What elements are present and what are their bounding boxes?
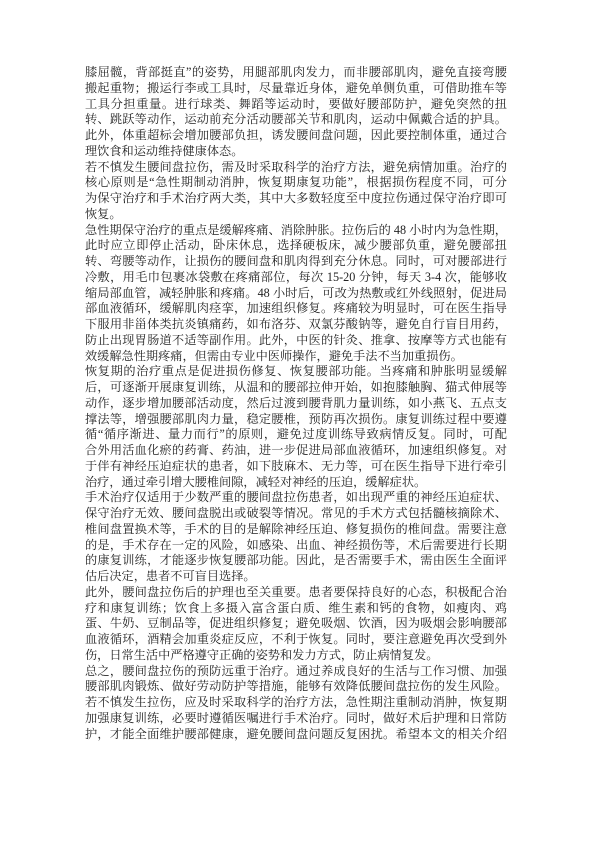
text-line: 部血液循环，缓解肌肉痉挛，加速组织修复。疼痛较为明显时，可在医生指导 — [85, 301, 507, 317]
text-line: 若不慎发生腰间盘拉伤，需及时采取科学的治疗方法，避免病情加重。治疗的 — [85, 160, 507, 176]
text-line: 急性期保守治疗的重点是缓解疼痛、消除肿胀。拉伤后的 48 小时内为急性期， — [85, 223, 507, 239]
paragraph: 急性期保守治疗的重点是缓解疼痛、消除肿胀。拉伤后的 48 小时内为急性期，此时应… — [85, 223, 507, 365]
text-line: 此时应立即停止活动，卧床休息，选择硬板床，减少腰部负重，避免腰部扭 — [85, 238, 507, 254]
text-line: 估后决定，患者不可盲目选择。 — [85, 569, 507, 585]
text-line: 效缓解急性期疼痛，但需由专业中医师操作，避免手法不当加重损伤。 — [85, 349, 507, 365]
text-line: 若不慎发生拉伤，应及时采取科学的治疗方法，急性期注重制动消肿，恢复期 — [85, 695, 507, 711]
text-line: 冷敷，用毛巾包裹冰袋敷在疼痛部位，每次 15-20 分钟，每天 3-4 次，能够… — [85, 270, 507, 286]
text-line: 治疗，通过牵引增大腰椎间隙，减轻对神经的压迫，缓解症状。 — [85, 475, 507, 491]
text-line: 此外，体重超标会增加腰部负担，诱发腰间盘问题，因此要控制体重，通过合 — [85, 128, 507, 144]
text-line: 蛋、牛奶、豆制品等，促进组织修复；避免吸烟、饮酒，因为吸烟会影响腰部 — [85, 616, 507, 632]
text-line: 合外用活血化瘀的药膏、药油，进一步促进局部血液循环，加速组织修复。对 — [85, 443, 507, 459]
text-line: 恢复。 — [85, 207, 507, 223]
paragraph: 膝屈髋，背部挺直”的姿势，用腿部肌肉发力，而非腰部肌肉，避免直接弯腰搬起重物；搬… — [85, 65, 507, 160]
text-line: 理饮食和运动维持健康体态。 — [85, 144, 507, 160]
text-line: 手术治疗仅适用于少数严重的腰间盘拉伤患者，如出现严重的神经压迫症状、 — [85, 490, 507, 506]
paragraph: 手术治疗仅适用于少数严重的腰间盘拉伤患者，如出现严重的神经压迫症状、保守治疗无效… — [85, 490, 507, 585]
text-line: 缩局部血管，减轻肿胀和疼痛。48 小时后，可改为热敷或红外线照射，促进局 — [85, 286, 507, 302]
text-line: 保守治疗无效、腰间盘脱出或破裂等情况。常见的手术方式包括髓核摘除术、 — [85, 506, 507, 522]
text-line: 于伴有神经压迫症状的患者，如下肢麻木、无力等，可在医生指导下进行牵引 — [85, 459, 507, 475]
text-line: 伤，日常生活中严格遵守正确的姿势和发力方式，防止病情复发。 — [85, 648, 507, 664]
text-line: 血液循环，酒精会加重炎症反应，不利于恢复。同时，要注意避免再次受到外 — [85, 632, 507, 648]
text-line: 为保守治疗和手术治疗两大类，其中大多数轻度至中度拉伤通过保守治疗即可 — [85, 191, 507, 207]
text-line: 加强康复训练，必要时遵循医嘱进行手术治疗。同时，做好术后护理和日常防 — [85, 711, 507, 727]
paragraph: 恢复期的治疗重点是促进损伤修复、恢复腰部功能。当疼痛和肿胀明显缓解后，可逐渐开展… — [85, 364, 507, 490]
text-line: 工具分担重量。进行球类、舞蹈等运动时，要做好腰部防护，避免突然的扭 — [85, 97, 507, 113]
document-body-text: 膝屈髋，背部挺直”的姿势，用腿部肌肉发力，而非腰部肌肉，避免直接弯腰搬起重物；搬… — [85, 65, 507, 742]
text-line: 核心原则是“急性期制动消肿，恢复期康复功能”，根据损伤程度不同，可分 — [85, 175, 507, 191]
text-line: 转、弯腰等动作，让损伤的腰间盘和肌肉得到充分休息。同时，可对腰部进行 — [85, 254, 507, 270]
text-line: 腰部肌肉锻炼、做好劳动防护等措施，能够有效降低腰间盘拉伤的发生风险。 — [85, 679, 507, 695]
text-line: 循“循序渐进、量力而行”的原则，避免过度训练导致病情反复。同时，可配 — [85, 427, 507, 443]
text-line: 的康复训练，才能逐步恢复腰部功能。因此，是否需要手术，需由医生全面评 — [85, 553, 507, 569]
text-line: 此外，腰间盘拉伤后的护理也至关重要。患者要保持良好的心态，积极配合治 — [85, 585, 507, 601]
paragraph: 总之，腰间盘拉伤的预防远重于治疗。通过养成良好的生活与工作习惯、加强腰部肌肉锻炼… — [85, 664, 507, 743]
text-line: 搬起重物；搬运行李或工具时，尽量靠近身体，避免单侧负重，可借助推车等 — [85, 81, 507, 97]
text-line: 防止出现胃肠道不适等副作用。此外，中医的针灸、推拿、按摩等方式也能有 — [85, 333, 507, 349]
text-line: 恢复期的治疗重点是促进损伤修复、恢复腰部功能。当疼痛和肿胀明显缓解 — [85, 364, 507, 380]
document-page: 膝屈髋，背部挺直”的姿势，用腿部肌肉发力，而非腰部肌肉，避免直接弯腰搬起重物；搬… — [0, 0, 595, 841]
text-line: 护，才能全面维护腰部健康，避免腰间盘问题反复困扰。希望本文的相关介绍 — [85, 727, 507, 743]
text-line: 动作，逐步增加腰部活动度，然后过渡到腰背肌力量训练，如小燕飞、五点支 — [85, 396, 507, 412]
paragraph: 此外，腰间盘拉伤后的护理也至关重要。患者要保持良好的心态，积极配合治疗和康复训练… — [85, 585, 507, 664]
text-line: 下服用非甾体类抗炎镇痛药，如布洛芬、双氯芬酸钠等，避免自行盲目用药， — [85, 317, 507, 333]
text-line: 椎间盘置换术等，手术的目的是解除神经压迫、修复损伤的椎间盘。需要注意 — [85, 522, 507, 538]
text-line: 疗和康复训练；饮食上多摄入富含蛋白质、维生素和钙的食物，如瘦肉、鸡 — [85, 601, 507, 617]
text-line: 的是，手术存在一定的风险，如感染、出血、神经损伤等，术后需要进行长期 — [85, 538, 507, 554]
text-line: 膝屈髋，背部挺直”的姿势，用腿部肌肉发力，而非腰部肌肉，避免直接弯腰 — [85, 65, 507, 81]
text-line: 撑法等，增强腰部肌肉力量，稳定腰椎，预防再次损伤。康复训练过程中要遵 — [85, 412, 507, 428]
paragraph: 若不慎发生腰间盘拉伤，需及时采取科学的治疗方法，避免病情加重。治疗的核心原则是“… — [85, 160, 507, 223]
text-line: 转、跳跃等动作，运动前充分活动腰部关节和肌肉，运动中佩戴合适的护具。 — [85, 112, 507, 128]
text-line: 后，可逐渐开展康复训练，从温和的腰部拉伸开始，如抱膝触胸、猫式伸展等 — [85, 380, 507, 396]
text-line: 总之，腰间盘拉伤的预防远重于治疗。通过养成良好的生活与工作习惯、加强 — [85, 664, 507, 680]
